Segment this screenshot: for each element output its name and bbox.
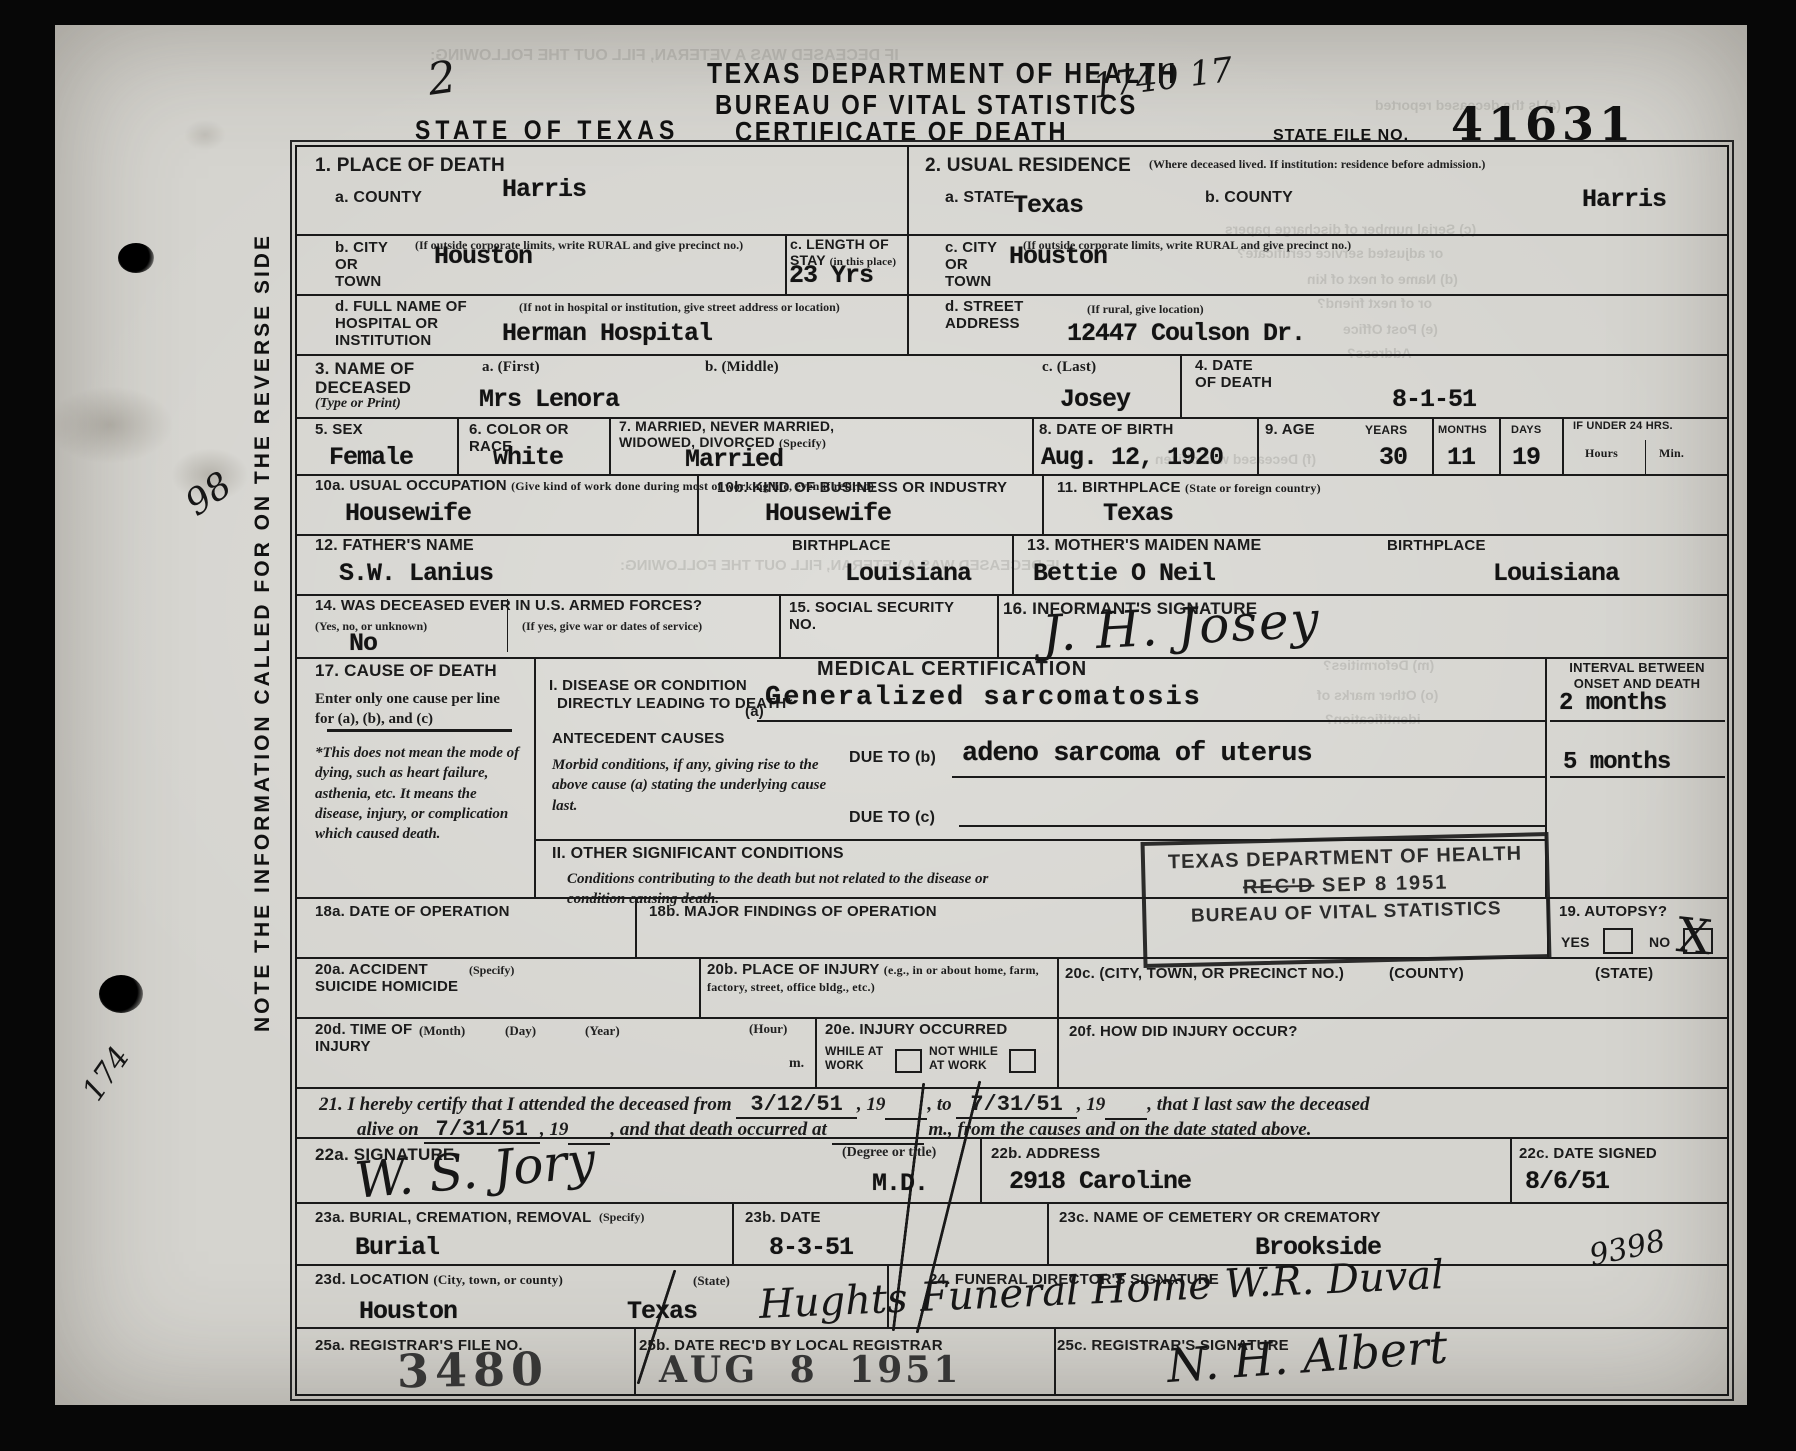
registrar-signature: N. H. Albert — [1165, 1319, 1449, 1392]
registrar-file-no-stamp: 3480 — [397, 1342, 550, 1399]
field-industry-value: Housewife — [765, 499, 891, 528]
field-sex-value: Female — [329, 443, 413, 472]
grid-line — [699, 957, 701, 1017]
accident-paren: (Specify) — [469, 963, 514, 978]
field-date-signed-label: 22c. DATE SIGNED — [1519, 1145, 1657, 1162]
rule-line — [959, 825, 1545, 827]
year-blank2: , 19 — [1077, 1094, 1106, 1115]
field-last-name-label: c. (Last) — [1042, 359, 1096, 376]
field-accident-label: 20a. ACCIDENT SUICIDE HOMICIDE — [315, 961, 465, 995]
other-conditions-title: II. OTHER SIGNIFICANT CONDITIONS — [552, 845, 844, 863]
occurred-text: , and that death occurred at — [610, 1119, 826, 1140]
handwritten-98: 98 — [178, 464, 239, 524]
field-physician-address-label: 22b. ADDRESS — [991, 1145, 1100, 1162]
grid-line — [297, 234, 1727, 236]
due-to-b-label: DUE TO (b) — [849, 749, 936, 767]
field-findings-label: 18b. MAJOR FINDINGS OF OPERATION — [649, 903, 937, 920]
field-city-value: Houston — [434, 242, 532, 271]
father-birthplace-label: BIRTHPLACE — [792, 537, 891, 554]
grid-line — [1510, 1137, 1512, 1202]
birthplace-label-text: 11. BIRTHPLACE — [1057, 479, 1181, 496]
grid-line — [1012, 534, 1014, 594]
age-under24-label: IF UNDER 24 HRS. — [1573, 420, 1713, 433]
degree-label: (Degree or title) — [842, 1144, 936, 1162]
field-dob-value: Aug. 12, 1920 — [1041, 443, 1223, 472]
header-state-line: STATE OF TEXAS — [415, 115, 679, 146]
age-years-value: 30 — [1379, 443, 1407, 472]
section3-paren: (Type or Print) — [315, 395, 401, 414]
stamp-line2: REC'D SEP 8 1951 — [1145, 869, 1545, 902]
certificate-form: 1. PLACE OF DEATH a. COUNTY Harris 2. US… — [295, 145, 1729, 1396]
field-last-name-value: Josey — [1060, 385, 1130, 414]
page-title: CERTIFICATE OF DEATH — [735, 116, 1068, 148]
field-marital-value: Married — [685, 445, 783, 474]
grid-line — [297, 1202, 1727, 1204]
field-time-of-injury-label: 20d. TIME OF INJURY — [315, 1021, 415, 1055]
while-at-work-checkbox[interactable] — [895, 1049, 922, 1073]
grid-line — [297, 294, 1727, 296]
section2-paren: (Where deceased lived. If institution: r… — [1149, 157, 1489, 172]
field-race-value: white — [493, 443, 563, 472]
field-date-of-operation-label: 18a. DATE OF OPERATION — [315, 903, 510, 920]
received-stamp: TEXAS DEPARTMENT OF HEALTH REC'D SEP 8 1… — [1141, 832, 1552, 968]
mother-birthplace-label: BIRTHPLACE — [1387, 537, 1486, 554]
field-autopsy-label: 19. AUTOPSY? — [1559, 903, 1667, 920]
burial-location-city-value: Houston — [359, 1297, 457, 1326]
grid-line — [1057, 957, 1059, 1017]
field-father-label: 12. FATHER'S NAME — [315, 537, 474, 555]
antecedent-label: ANTECEDENT CAUSES — [552, 730, 725, 747]
age-months-label: MONTHS — [1438, 424, 1487, 437]
grid-line — [1432, 417, 1434, 474]
field-date-signed-value: 8/6/51 — [1525, 1167, 1609, 1196]
grid-line — [297, 1087, 1727, 1089]
rule-line — [1550, 720, 1725, 722]
injury-hour-label: (Hour) — [749, 1021, 787, 1037]
field-armed-forces-value: No — [349, 629, 377, 658]
field-county-value: Harris — [502, 175, 586, 204]
grid-line — [634, 1327, 636, 1394]
grid-line — [785, 234, 787, 294]
injury-county-label: (COUNTY) — [1389, 965, 1464, 982]
field-res-state-label: a. STATE — [945, 189, 1014, 207]
age-days-value: 19 — [1512, 443, 1540, 472]
grid-line — [1499, 417, 1501, 474]
grid-line — [297, 594, 1727, 596]
field-hospital-value: Herman Hospital — [502, 319, 712, 348]
grid-line — [1180, 354, 1182, 417]
rule-line — [952, 776, 1545, 778]
interval-b-value: 5 months — [1563, 749, 1670, 776]
location-paren1: (City, town, or county) — [433, 1272, 563, 1287]
autopsy-yes-checkbox[interactable] — [1603, 928, 1633, 954]
grid-line — [327, 729, 512, 732]
stamp-recd: REC'D — [1243, 875, 1315, 899]
field-how-injury-label: 20f. HOW DID INJURY OCCUR? — [1069, 1023, 1298, 1040]
age-days-label: DAYS — [1511, 424, 1541, 437]
grid-line — [297, 474, 1727, 476]
grid-line — [907, 147, 909, 354]
state-file-no-value: 41631 — [1451, 97, 1636, 151]
grid-line — [297, 1017, 1727, 1019]
state-file-no-label: STATE FILE NO. — [1273, 127, 1409, 145]
field-age-label: 9. AGE — [1265, 421, 1315, 438]
section2-title: 2. USUAL RESIDENCE — [925, 155, 1131, 177]
field-res-county-label: b. COUNTY — [1205, 189, 1293, 207]
field-street-paren: (If rural, give location) — [1087, 302, 1204, 317]
field-hospital-label: d. FULL NAME OF HOSPITAL OR INSTITUTION — [335, 298, 513, 349]
handwritten-174: 174 — [76, 1041, 138, 1108]
field-burial-value: Burial — [355, 1233, 439, 1262]
age-hours-label: Hours — [1585, 447, 1618, 461]
grid-line — [997, 594, 999, 657]
injury-month-label: (Month) — [419, 1023, 465, 1039]
rule-line — [1550, 776, 1725, 778]
field-res-city-value: Houston — [1009, 242, 1107, 271]
section17-note1: Enter only one cause per line for (a), (… — [315, 689, 520, 730]
location-paren2: (State) — [693, 1273, 730, 1289]
field-burial-date-label: 23b. DATE — [745, 1209, 821, 1226]
not-while-at-work-label: NOT WHILE AT WORK — [929, 1045, 1007, 1072]
field-burial-label: 23a. BURIAL, CREMATION, REMOVAL — [315, 1209, 592, 1226]
grid-line — [609, 417, 611, 474]
age-years-label: YEARS — [1365, 424, 1407, 438]
to-word: , to — [927, 1094, 951, 1115]
field-occupation-value: Housewife — [345, 499, 471, 528]
field-street-value: 12447 Coulson Dr. — [1067, 319, 1305, 348]
field-first-name-label: a. (First) — [482, 359, 540, 376]
grid-line — [980, 1137, 982, 1202]
field-father-value: S.W. Lanius — [339, 559, 493, 588]
due-to-c-label: DUE TO (c) — [849, 809, 935, 827]
cause-b-value: adeno sarcoma of uterus — [962, 739, 1312, 769]
father-birthplace-value: Louisiana — [845, 559, 971, 588]
field-birthplace-label: 11. BIRTHPLACE (State or foreign country… — [1057, 479, 1321, 496]
grid-line — [1645, 440, 1646, 474]
injury-year-label: (Year) — [585, 1023, 620, 1039]
punch-hole — [99, 975, 143, 1013]
disease-label-line1: I. DISEASE OR CONDITION — [549, 677, 747, 694]
section1-title: 1. PLACE OF DEATH — [315, 155, 505, 177]
age-min-label: Min. — [1659, 447, 1684, 461]
medical-certification-title: MEDICAL CERTIFICATION — [817, 658, 1087, 681]
handwritten-9398: 9398 — [1586, 1224, 1668, 1274]
grid-line — [1562, 417, 1564, 474]
grid-line — [297, 417, 1727, 419]
field-injury-occurred-label: 20e. INJURY OCCURRED — [825, 1021, 1007, 1038]
rule-line — [757, 720, 1545, 722]
grid-line — [815, 1017, 817, 1087]
field-res-state-value: Texas — [1013, 191, 1083, 220]
morbid-note: Morbid conditions, if any, giving rise t… — [552, 755, 852, 816]
field-burial-location-label: 23d. LOCATION (City, town, or county) — [315, 1271, 563, 1288]
certify-tail1: , that I last saw the deceased — [1147, 1094, 1369, 1115]
field-date-of-death-value: 8-1-51 — [1392, 385, 1476, 414]
grid-line — [1057, 1017, 1059, 1087]
armed-forces-paren2: (If yes, give war or dates of service) — [522, 619, 702, 634]
punch-hole — [118, 243, 154, 273]
injury-m-label: m. — [789, 1055, 804, 1073]
grid-line — [1257, 417, 1259, 474]
while-at-work-label: WHILE AT WORK — [825, 1045, 895, 1072]
location-label-text: 23d. LOCATION — [315, 1271, 429, 1288]
field-res-city-label: c. CITY OR TOWN — [945, 239, 1017, 290]
burial-paren: (Specify) — [599, 1210, 644, 1225]
grid-line — [1047, 1202, 1049, 1264]
scanned-death-certificate: IF DECEASED WAS A VETERAN, FILL OUT THE … — [0, 0, 1796, 1451]
field-burial-date-value: 8-3-51 — [769, 1233, 853, 1262]
interval-label-line1: INTERVAL BETWEEN — [1553, 661, 1721, 676]
field-dob-label: 8. DATE OF BIRTH — [1039, 421, 1174, 438]
field-armed-forces-label: 14. WAS DECEASED EVER IN U.S. ARMED FORC… — [315, 597, 785, 614]
age-months-value: 11 — [1447, 443, 1475, 472]
autopsy-yes-label: YES — [1561, 935, 1590, 951]
field-cemetery-label: 23c. NAME OF CEMETERY OR CREMATORY — [1059, 1209, 1381, 1226]
stamp-line3: BUREAU OF VITAL STATISTICS — [1146, 897, 1546, 929]
section3-title: 3. NAME OF DECEASED — [315, 359, 475, 398]
field-place-of-injury-label: 20b. PLACE OF INJURY (e.g., in or about … — [707, 961, 1047, 995]
birthplace-paren-text: (State or foreign country) — [1185, 481, 1321, 495]
grid-line — [297, 354, 1727, 356]
grid-line — [297, 1327, 1727, 1329]
cause-a-value: Generalized sarcomatosis — [765, 683, 1202, 713]
certify-tail2: m., from the causes and on the date stat… — [928, 1119, 1311, 1140]
margin-note-vertical: NOTE THE INFORMATION CALLED FOR ON THE R… — [251, 297, 275, 1032]
field-industry-label: 10b. KIND OF BUSINESS OR INDUSTRY — [717, 479, 1037, 496]
grid-line — [534, 657, 536, 897]
injury-day-label: (Day) — [505, 1023, 536, 1039]
field-birthplace-value: Texas — [1103, 499, 1173, 528]
grid-line — [297, 1264, 1727, 1266]
grid-line — [1042, 474, 1044, 534]
section17-note2: *This does not mean the mode of dying, s… — [315, 743, 527, 844]
autopsy-no-label: NO — [1649, 935, 1670, 951]
field-mother-value: Bettie O Neil — [1033, 559, 1215, 588]
field-length-of-stay-value: 23 Yrs — [789, 261, 873, 290]
grid-line — [457, 417, 459, 474]
certify-lead: 21. I hereby certify that I attended the… — [319, 1094, 732, 1115]
grid-line — [1054, 1327, 1056, 1394]
disease-a-tag: (a) — [745, 703, 764, 720]
burial-location-state-value: Texas — [627, 1297, 697, 1326]
place-of-injury-text: 20b. PLACE OF INJURY — [707, 961, 879, 978]
stamp-date: SEP 8 1951 — [1322, 871, 1449, 896]
certificate-paper: IF DECEASED WAS A VETERAN, FILL OUT THE … — [55, 25, 1747, 1405]
field-county-label: a. COUNTY — [335, 189, 422, 207]
field-middle-name-label: b. (Middle) — [705, 359, 779, 376]
marital-paren-text: (Specify) — [779, 436, 826, 450]
field-sex-label: 5. SEX — [315, 421, 363, 438]
mother-birthplace-value: Louisiana — [1493, 559, 1619, 588]
grid-line — [732, 1202, 734, 1264]
occupation-label-text: 10a. USUAL OCCUPATION — [315, 477, 507, 494]
field-injury-city-label: 20c. (CITY, TOWN, OR PRECINCT NO.) — [1065, 965, 1344, 982]
field-city-label: b. CITY OR TOWN — [335, 239, 407, 290]
year-blank1: , 19 — [857, 1094, 886, 1115]
date-received-stamp: AUG 8 1951 — [659, 1349, 961, 1391]
not-while-at-work-checkbox[interactable] — [1009, 1049, 1036, 1073]
degree-value: M.D. — [872, 1169, 928, 1198]
field-street-label: d. STREET ADDRESS — [945, 298, 1055, 332]
injury-state-label: (STATE) — [1595, 965, 1653, 982]
interval-a-value: 2 months — [1559, 690, 1666, 717]
field-ssn-label: 15. SOCIAL SECURITY NO. — [789, 599, 979, 633]
field-physician-address-value: 2918 Caroline — [1009, 1167, 1191, 1196]
field-date-of-death-label: 4. DATE OF DEATH — [1195, 357, 1275, 391]
grid-line — [1032, 417, 1034, 474]
section17-title: 17. CAUSE OF DEATH — [315, 661, 497, 680]
field-first-name-value: Mrs Lenora — [479, 385, 619, 414]
alive-on-word: alive on — [357, 1119, 419, 1140]
field-res-county-value: Harris — [1582, 185, 1666, 214]
autopsy-no-mark: X — [1674, 907, 1714, 966]
field-mother-label: 13. MOTHER'S MAIDEN NAME — [1027, 537, 1261, 555]
